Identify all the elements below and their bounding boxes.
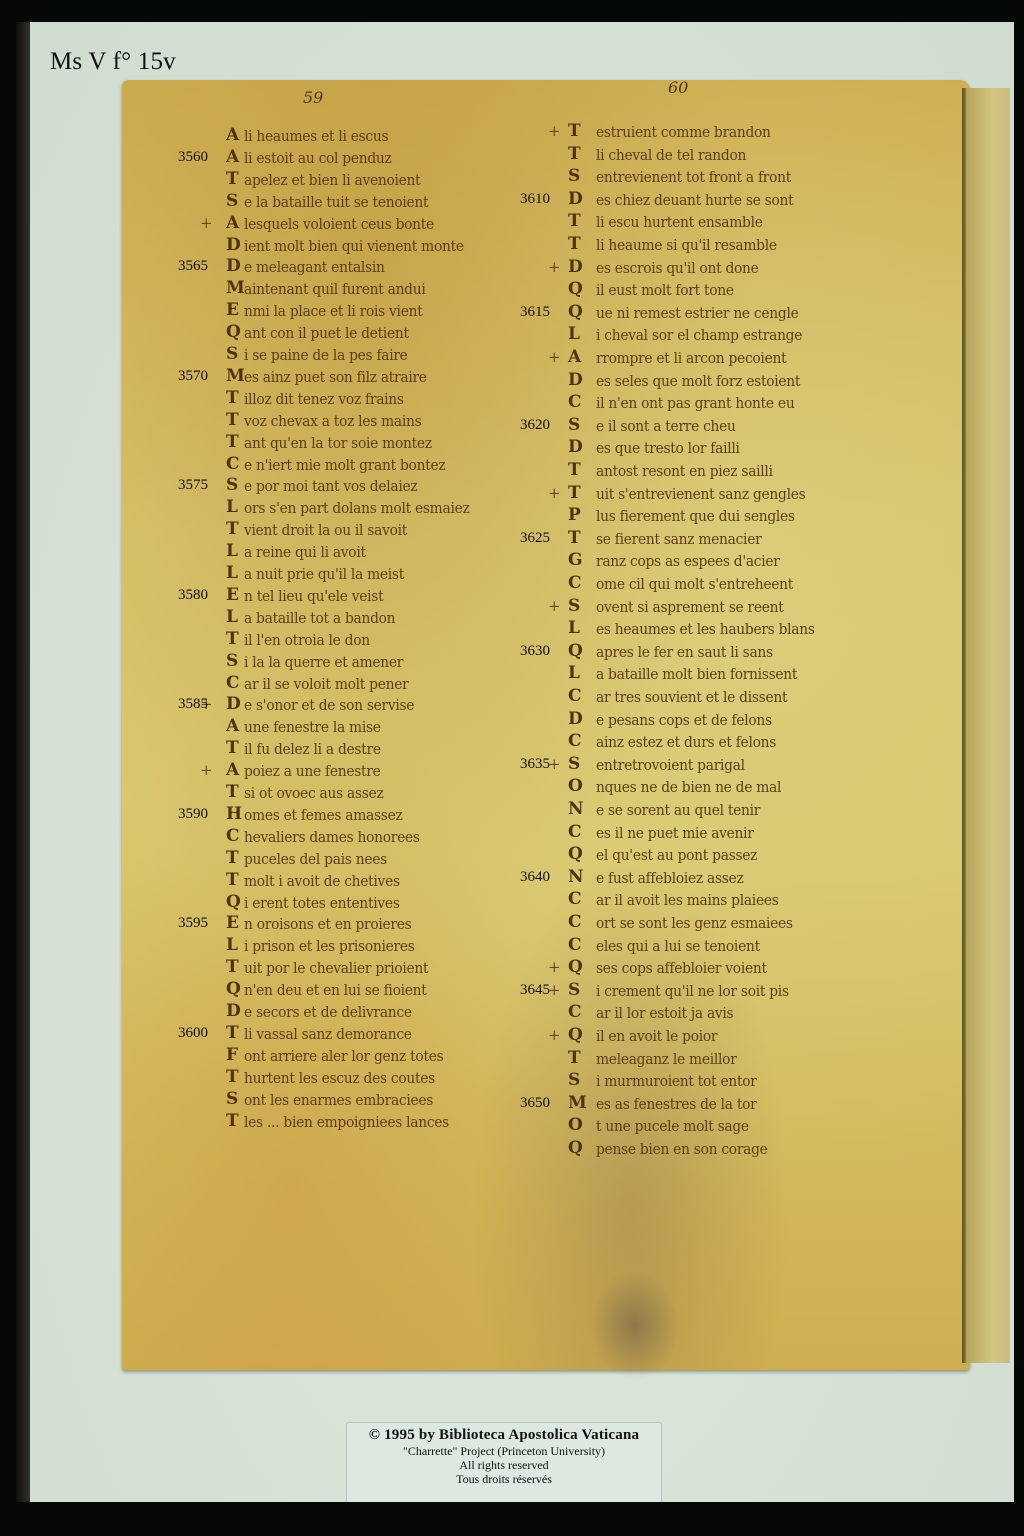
verse-initial: O xyxy=(568,1115,583,1135)
verse-line-number: 3570 xyxy=(178,368,208,385)
verse-initial: S xyxy=(226,475,238,495)
verse-line: es escrois qu'il ont done xyxy=(596,259,759,277)
verse-initial: T xyxy=(568,1048,581,1068)
verse-line-number: 3630 xyxy=(520,643,550,660)
verse-initial: L xyxy=(226,541,238,561)
verse-initial: T xyxy=(226,848,239,868)
verse-initial: A xyxy=(226,213,239,233)
verse-line: i prison et les prisonieres xyxy=(244,937,415,955)
verse-line: e meleagant entalsin xyxy=(244,258,385,276)
verse-line: uit por le chevalier prioient xyxy=(244,959,428,977)
verse-initial: A xyxy=(226,716,239,736)
verse-initial: H xyxy=(226,804,242,824)
verse-line: n tel lieu qu'ele veist xyxy=(244,587,383,605)
verse-line-number: 3640 xyxy=(520,869,550,886)
verse-initial: Q xyxy=(226,979,241,999)
verse-initial: S xyxy=(226,1089,238,1109)
verse-initial: E xyxy=(226,913,239,933)
verse-initial: Q xyxy=(226,322,241,342)
verse-initial: S xyxy=(226,191,238,211)
verse-initial: S xyxy=(226,651,238,671)
verse-initial: T xyxy=(226,410,239,430)
verse-line: entretrovoient parigal xyxy=(596,756,745,774)
verse-line-number: 3585 xyxy=(178,696,208,713)
verse-line: ovent si asprement se reent xyxy=(596,598,784,616)
verse-line: li vassal sanz demorance xyxy=(244,1025,412,1043)
verse-line: illoz dit tenez voz frains xyxy=(244,390,404,408)
verse-line: li heaume si qu'il resamble xyxy=(596,236,777,254)
verse-line: meleaganz le meillor xyxy=(596,1050,737,1068)
verse-line: e por moi tant vos delaiez xyxy=(244,477,417,495)
verse-line: lus fierement que dui sengles xyxy=(596,507,795,525)
verse-line: ar tres souvient et le dissent xyxy=(596,688,787,706)
verse-initial: C xyxy=(226,454,240,474)
verse-initial: Q xyxy=(568,844,583,864)
verse-line: ort se sont les genz esmaiees xyxy=(596,914,793,932)
verse-initial: Q xyxy=(568,302,583,322)
verse-line: t une pucele molt sage xyxy=(596,1117,749,1135)
verse-line: e se sorent au quel tenir xyxy=(596,801,760,819)
verse-line: ue ni remest estrier ne cengle xyxy=(596,304,798,322)
verse-initial: T xyxy=(568,144,581,164)
verse-line-number: 3615 xyxy=(520,304,550,321)
verse-initial: A xyxy=(226,147,239,167)
verse-line: ient molt bien qui vienent monte xyxy=(244,237,464,255)
verse-initial: T xyxy=(226,432,239,452)
verse-initial: C xyxy=(568,935,582,955)
verse-initial: D xyxy=(226,235,241,255)
verse-line: voz chevax a toz les mains xyxy=(244,412,421,430)
verse-initial: D xyxy=(568,370,583,390)
verse-line: es que tresto lor failli xyxy=(596,439,740,457)
verse-line: il l'en otroia le don xyxy=(244,631,370,649)
project-credit: "Charrette" Project (Princeton Universit… xyxy=(347,1444,661,1458)
margin-mark: + xyxy=(548,258,561,276)
verse-line: puceles del pais nees xyxy=(244,850,387,868)
verse-line: ainz estez et durs et felons xyxy=(596,733,776,751)
verse-line: a nuit prie qu'il la meist xyxy=(244,565,404,583)
verse-initial: S xyxy=(568,754,580,774)
verse-initial: M xyxy=(568,1093,587,1113)
verse-initial: D xyxy=(226,1001,241,1021)
verse-initial: P xyxy=(568,505,581,525)
verse-initial: L xyxy=(226,563,238,583)
verse-line-number: 3650 xyxy=(520,1095,550,1112)
verse-line-number: 3590 xyxy=(178,806,208,823)
verse-line: e fust affebloiez assez xyxy=(596,869,743,887)
verse-initial: S xyxy=(568,415,580,435)
verse-line: li cheval de tel randon xyxy=(596,146,746,164)
verse-initial: Q xyxy=(568,641,583,661)
verse-initial: C xyxy=(568,822,582,842)
margin-mark: + xyxy=(548,958,561,976)
verse-line: el qu'est au pont passez xyxy=(596,846,757,864)
verse-initial: D xyxy=(568,189,583,209)
verse-initial: L xyxy=(226,497,238,517)
verse-line: estruient comme brandon xyxy=(596,123,771,141)
verse-line: nmi la place et li rois vient xyxy=(244,302,422,320)
verse-initial: T xyxy=(226,1067,239,1087)
verse-initial: T xyxy=(568,460,581,480)
verse-line: e pesans cops et de felons xyxy=(596,711,772,729)
verse-line: aintenant quil furent andui xyxy=(244,280,425,298)
verse-initial: M xyxy=(226,278,245,298)
verse-line: pense bien en son corage xyxy=(596,1140,768,1158)
verse-line-number: 3635 xyxy=(520,756,550,773)
verse-line-number: 3595 xyxy=(178,915,208,932)
verse-line-number: 3610 xyxy=(520,191,550,208)
parchment-stain xyxy=(590,1270,680,1380)
verse-line: uit s'entrevienent sanz gengles xyxy=(596,485,805,503)
verse-line: a bataille molt bien fornissent xyxy=(596,665,797,683)
verse-line: ont arriere aler lor genz totes xyxy=(244,1047,443,1065)
verse-initial: C xyxy=(568,392,582,412)
verse-initial: T xyxy=(226,388,239,408)
verse-line: es as fenestres de la tor xyxy=(596,1095,756,1113)
verse-initial: S xyxy=(226,344,238,364)
verse-line: e il sont a terre cheu xyxy=(596,417,736,435)
verse-line: apres le fer en saut li sans xyxy=(596,643,773,661)
verse-line: e secors et de delivrance xyxy=(244,1003,412,1021)
verse-line: li estoit au col penduz xyxy=(244,149,392,167)
verse-line: nques ne de bien ne de mal xyxy=(596,778,781,796)
copyright-holder: © 1995 by Biblioteca Apostolica Vaticana xyxy=(347,1427,661,1444)
verse-initial: T xyxy=(568,483,581,503)
verse-initial: T xyxy=(226,519,239,539)
verse-line: n oroisons et en proieres xyxy=(244,915,411,933)
verse-line: es heaumes et les haubers blans xyxy=(596,620,815,638)
verse-initial: A xyxy=(226,760,239,780)
verse-initial: T xyxy=(568,121,581,141)
margin-mark: + xyxy=(548,484,561,502)
verse-initial: C xyxy=(568,573,582,593)
verse-line: a bataille tot a bandon xyxy=(244,609,395,627)
page-number-right: 60 xyxy=(668,78,688,97)
verse-line: es ainz puet son filz atraire xyxy=(244,368,427,386)
adjacent-leaf-edge xyxy=(966,88,1010,1363)
verse-line: es il ne puet mie avenir xyxy=(596,824,754,842)
verse-initial: D xyxy=(568,257,583,277)
verse-line: entrevienent tot front a front xyxy=(596,168,791,186)
verse-initial: T xyxy=(226,1111,239,1131)
margin-mark: + xyxy=(548,1026,561,1044)
verse-line: une fenestre la mise xyxy=(244,718,381,736)
verse-line: ar il avoit les mains plaiees xyxy=(596,891,779,909)
verse-line: les ... bien empoigniees lances xyxy=(244,1113,449,1131)
verse-line: li escu hurtent ensamble xyxy=(596,213,763,231)
verse-initial: T xyxy=(568,211,581,231)
verse-initial: S xyxy=(568,1070,580,1090)
verse-line: rrompre et li arcon pecoient xyxy=(596,349,786,367)
verse-initial: C xyxy=(226,673,240,693)
verse-initial: C xyxy=(568,889,582,909)
verse-initial: C xyxy=(568,1002,582,1022)
verse-line: hevaliers dames honorees xyxy=(244,828,420,846)
verse-initial: C xyxy=(226,826,240,846)
verse-initial: S xyxy=(568,980,580,1000)
verse-initial: N xyxy=(568,867,584,887)
verse-line: n'en deu et en lui se fioient xyxy=(244,981,427,999)
verse-initial: T xyxy=(226,1023,239,1043)
verse-line: ar il se voloit molt pener xyxy=(244,675,408,693)
verse-line: a reine qui li avoit xyxy=(244,543,366,561)
verse-line: i cheval sor el champ estrange xyxy=(596,326,802,344)
verse-initial: F xyxy=(226,1045,238,1065)
verse-initial: L xyxy=(568,618,580,638)
verse-initial: L xyxy=(568,324,580,344)
verse-line: e n'iert mie molt grant bontez xyxy=(244,456,445,474)
verse-line: ome cil qui molt s'entreheent xyxy=(596,575,793,593)
verse-line: ont les enarmes embraciees xyxy=(244,1091,433,1109)
verse-line-number: 3575 xyxy=(178,477,208,494)
verse-initial: D xyxy=(226,694,241,714)
manuscript-folio-label: Ms V f° 15v xyxy=(50,48,176,76)
verse-line: molt i avoit de chetives xyxy=(244,872,400,890)
verse-line-number: 3565 xyxy=(178,258,208,275)
verse-initial: T xyxy=(226,169,239,189)
rights-fr: Tous droits réservés xyxy=(347,1472,661,1486)
verse-initial: S xyxy=(568,596,580,616)
verse-initial: C xyxy=(568,686,582,706)
margin-mark: + xyxy=(548,348,561,366)
verse-initial: Q xyxy=(568,1138,583,1158)
verse-line: i crement qu'il ne lor soit pis xyxy=(596,982,789,1000)
verse-initial: M xyxy=(226,366,245,386)
verse-line: ant qu'en la tor soie montez xyxy=(244,434,432,452)
verse-initial: G xyxy=(568,550,583,570)
verse-initial: A xyxy=(568,347,581,367)
verse-line-number: 3625 xyxy=(520,530,550,547)
verse-initial: Q xyxy=(568,1025,583,1045)
verse-line: il fu delez li a destre xyxy=(244,740,381,758)
verse-initial: E xyxy=(226,585,239,605)
verse-initial: T xyxy=(568,528,581,548)
verse-line: hurtent les escuz des coutes xyxy=(244,1069,435,1087)
verse-initial: T xyxy=(226,782,239,802)
verse-line-number: 3600 xyxy=(178,1025,208,1042)
verse-line-number: 3620 xyxy=(520,417,550,434)
verse-initial: A xyxy=(226,125,239,145)
verse-initial: T xyxy=(226,870,239,890)
verse-initial: N xyxy=(568,799,584,819)
verse-line: poiez a une fenestre xyxy=(244,762,381,780)
verse-line: ar il lor estoit ja avis xyxy=(596,1004,733,1022)
verse-line: il eust molt fort tone xyxy=(596,281,734,299)
verse-initial: Q xyxy=(226,892,241,912)
verse-line: il n'en ont pas grant honte eu xyxy=(596,394,794,412)
verse-line-number: 3560 xyxy=(178,149,208,166)
verse-line: es seles que molt forz estoient xyxy=(596,372,800,390)
verse-line-number: 3580 xyxy=(178,587,208,604)
margin-mark: + xyxy=(200,214,213,232)
verse-initial: S xyxy=(568,166,580,186)
verse-initial: C xyxy=(568,731,582,751)
verse-initial: L xyxy=(226,935,238,955)
verse-line: apelez et bien li avenoient xyxy=(244,171,420,189)
verse-initial: L xyxy=(568,663,580,683)
verse-line: vient droit la ou il savoit xyxy=(244,521,407,539)
verse-line: i la la querre et amener xyxy=(244,653,403,671)
verse-initial: O xyxy=(568,776,583,796)
verse-initial: C xyxy=(568,912,582,932)
verse-line: il en avoit le poior xyxy=(596,1027,717,1045)
verse-line: ors s'en part dolans molt esmaiez xyxy=(244,499,469,517)
verse-initial: D xyxy=(568,437,583,457)
verse-initial: T xyxy=(226,957,239,977)
verse-line: eles qui a lui se tenoient xyxy=(596,937,760,955)
verse-initial: D xyxy=(226,256,241,276)
verse-line: i murmuroient tot entor xyxy=(596,1072,757,1090)
verse-initial: T xyxy=(226,738,239,758)
verse-line: i erent totes ententives xyxy=(244,894,400,912)
verse-initial: T xyxy=(568,234,581,254)
verse-initial: Q xyxy=(568,279,583,299)
margin-mark: + xyxy=(200,761,213,779)
verse-line: i se paine de la pes faire xyxy=(244,346,408,364)
page-number-left: 59 xyxy=(303,88,323,107)
verse-line: lesquels voloient ceus bonte xyxy=(244,215,434,233)
verse-line: li heaumes et li escus xyxy=(244,127,388,145)
verse-line: ranz cops as espees d'acier xyxy=(596,552,780,570)
verse-line: es chiez deuant hurte se sont xyxy=(596,191,793,209)
copyright-label: © 1995 by Biblioteca Apostolica Vaticana… xyxy=(346,1422,662,1503)
margin-mark: + xyxy=(548,122,561,140)
verse-line: si ot ovoec aus assez xyxy=(244,784,383,802)
verse-line: e la bataille tuit se tenoient xyxy=(244,193,428,211)
verse-line: e s'onor et de son servise xyxy=(244,696,414,714)
verse-line: ant con il puet le detient xyxy=(244,324,409,342)
verse-line-number: 3645 xyxy=(520,982,550,999)
rights-en: All rights reserved xyxy=(347,1458,661,1472)
verse-initial: Q xyxy=(568,957,583,977)
verse-line: antost resont en piez sailli xyxy=(596,462,773,480)
verse-initial: E xyxy=(226,300,239,320)
verse-initial: T xyxy=(226,629,239,649)
verse-initial: D xyxy=(568,709,583,729)
verse-line: se fierent sanz menacier xyxy=(596,530,761,548)
verse-line: ses cops affebloier voient xyxy=(596,959,767,977)
bottom-border xyxy=(0,1502,1024,1536)
verse-line: omes et femes amassez xyxy=(244,806,402,824)
margin-mark: + xyxy=(548,597,561,615)
verse-initial: L xyxy=(226,607,238,627)
